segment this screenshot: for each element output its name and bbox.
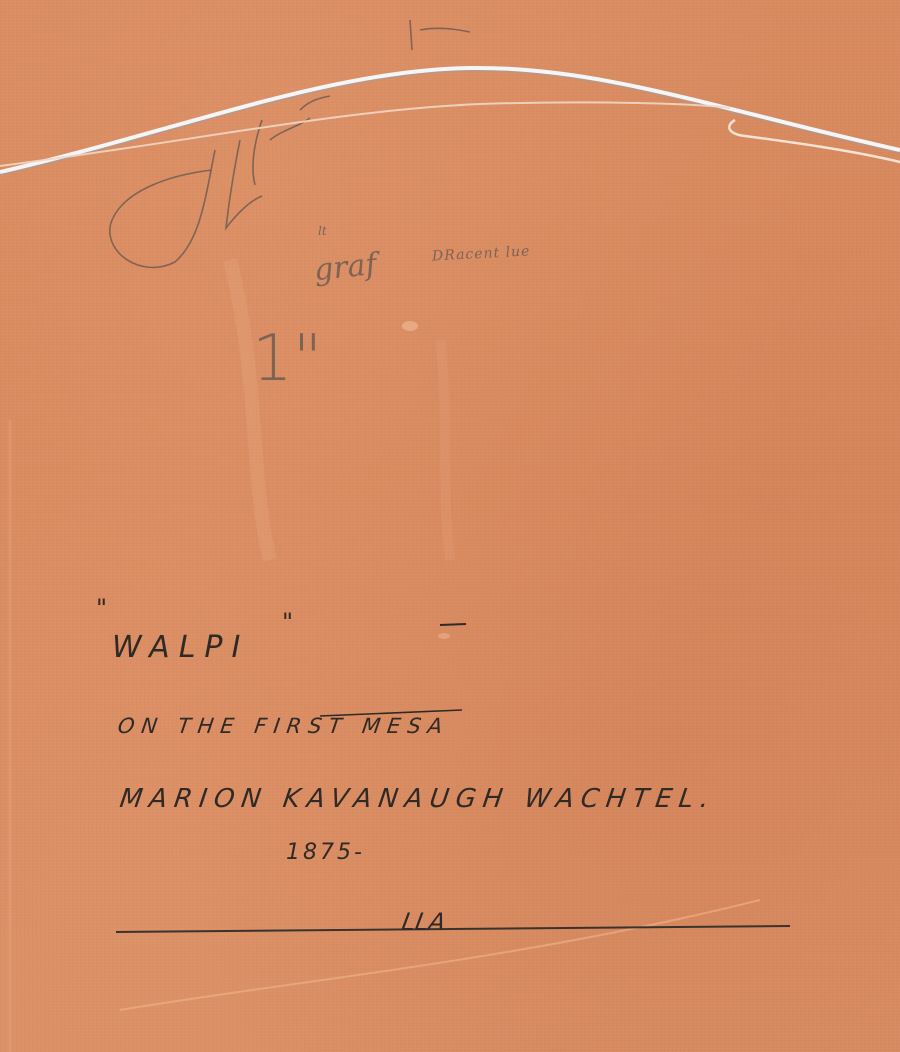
- pencil-note-main: graf: [312, 247, 378, 288]
- artwork-title: WALPI: [112, 630, 249, 665]
- ink-underline: [116, 926, 790, 932]
- pencil-superscript: lt: [318, 224, 327, 238]
- title-overbar: [440, 624, 466, 625]
- scuff-mark: [440, 340, 450, 560]
- artwork-subtitle: on The First Mesa: [116, 714, 451, 738]
- loose-wire-strand: [0, 102, 730, 166]
- hanging-wire-shadow: [0, 71, 900, 175]
- artwork-date: 1875-: [286, 840, 365, 865]
- paper-blemish: [402, 321, 418, 331]
- artist-name: Marion Kavanaugh Wachtel.: [118, 784, 718, 814]
- pencil-measurement: 1": [252, 322, 322, 396]
- title-quote-close: ": [282, 608, 293, 636]
- scuff-mark: [230, 260, 270, 560]
- title-quote-open: ": [96, 594, 107, 622]
- loose-wire-end: [729, 120, 900, 162]
- paper-blemish: [438, 633, 450, 639]
- marks-layer: [0, 0, 900, 1052]
- inscriber-initials: LLA: [400, 908, 448, 936]
- pencil-signature-scrawl: [110, 20, 470, 267]
